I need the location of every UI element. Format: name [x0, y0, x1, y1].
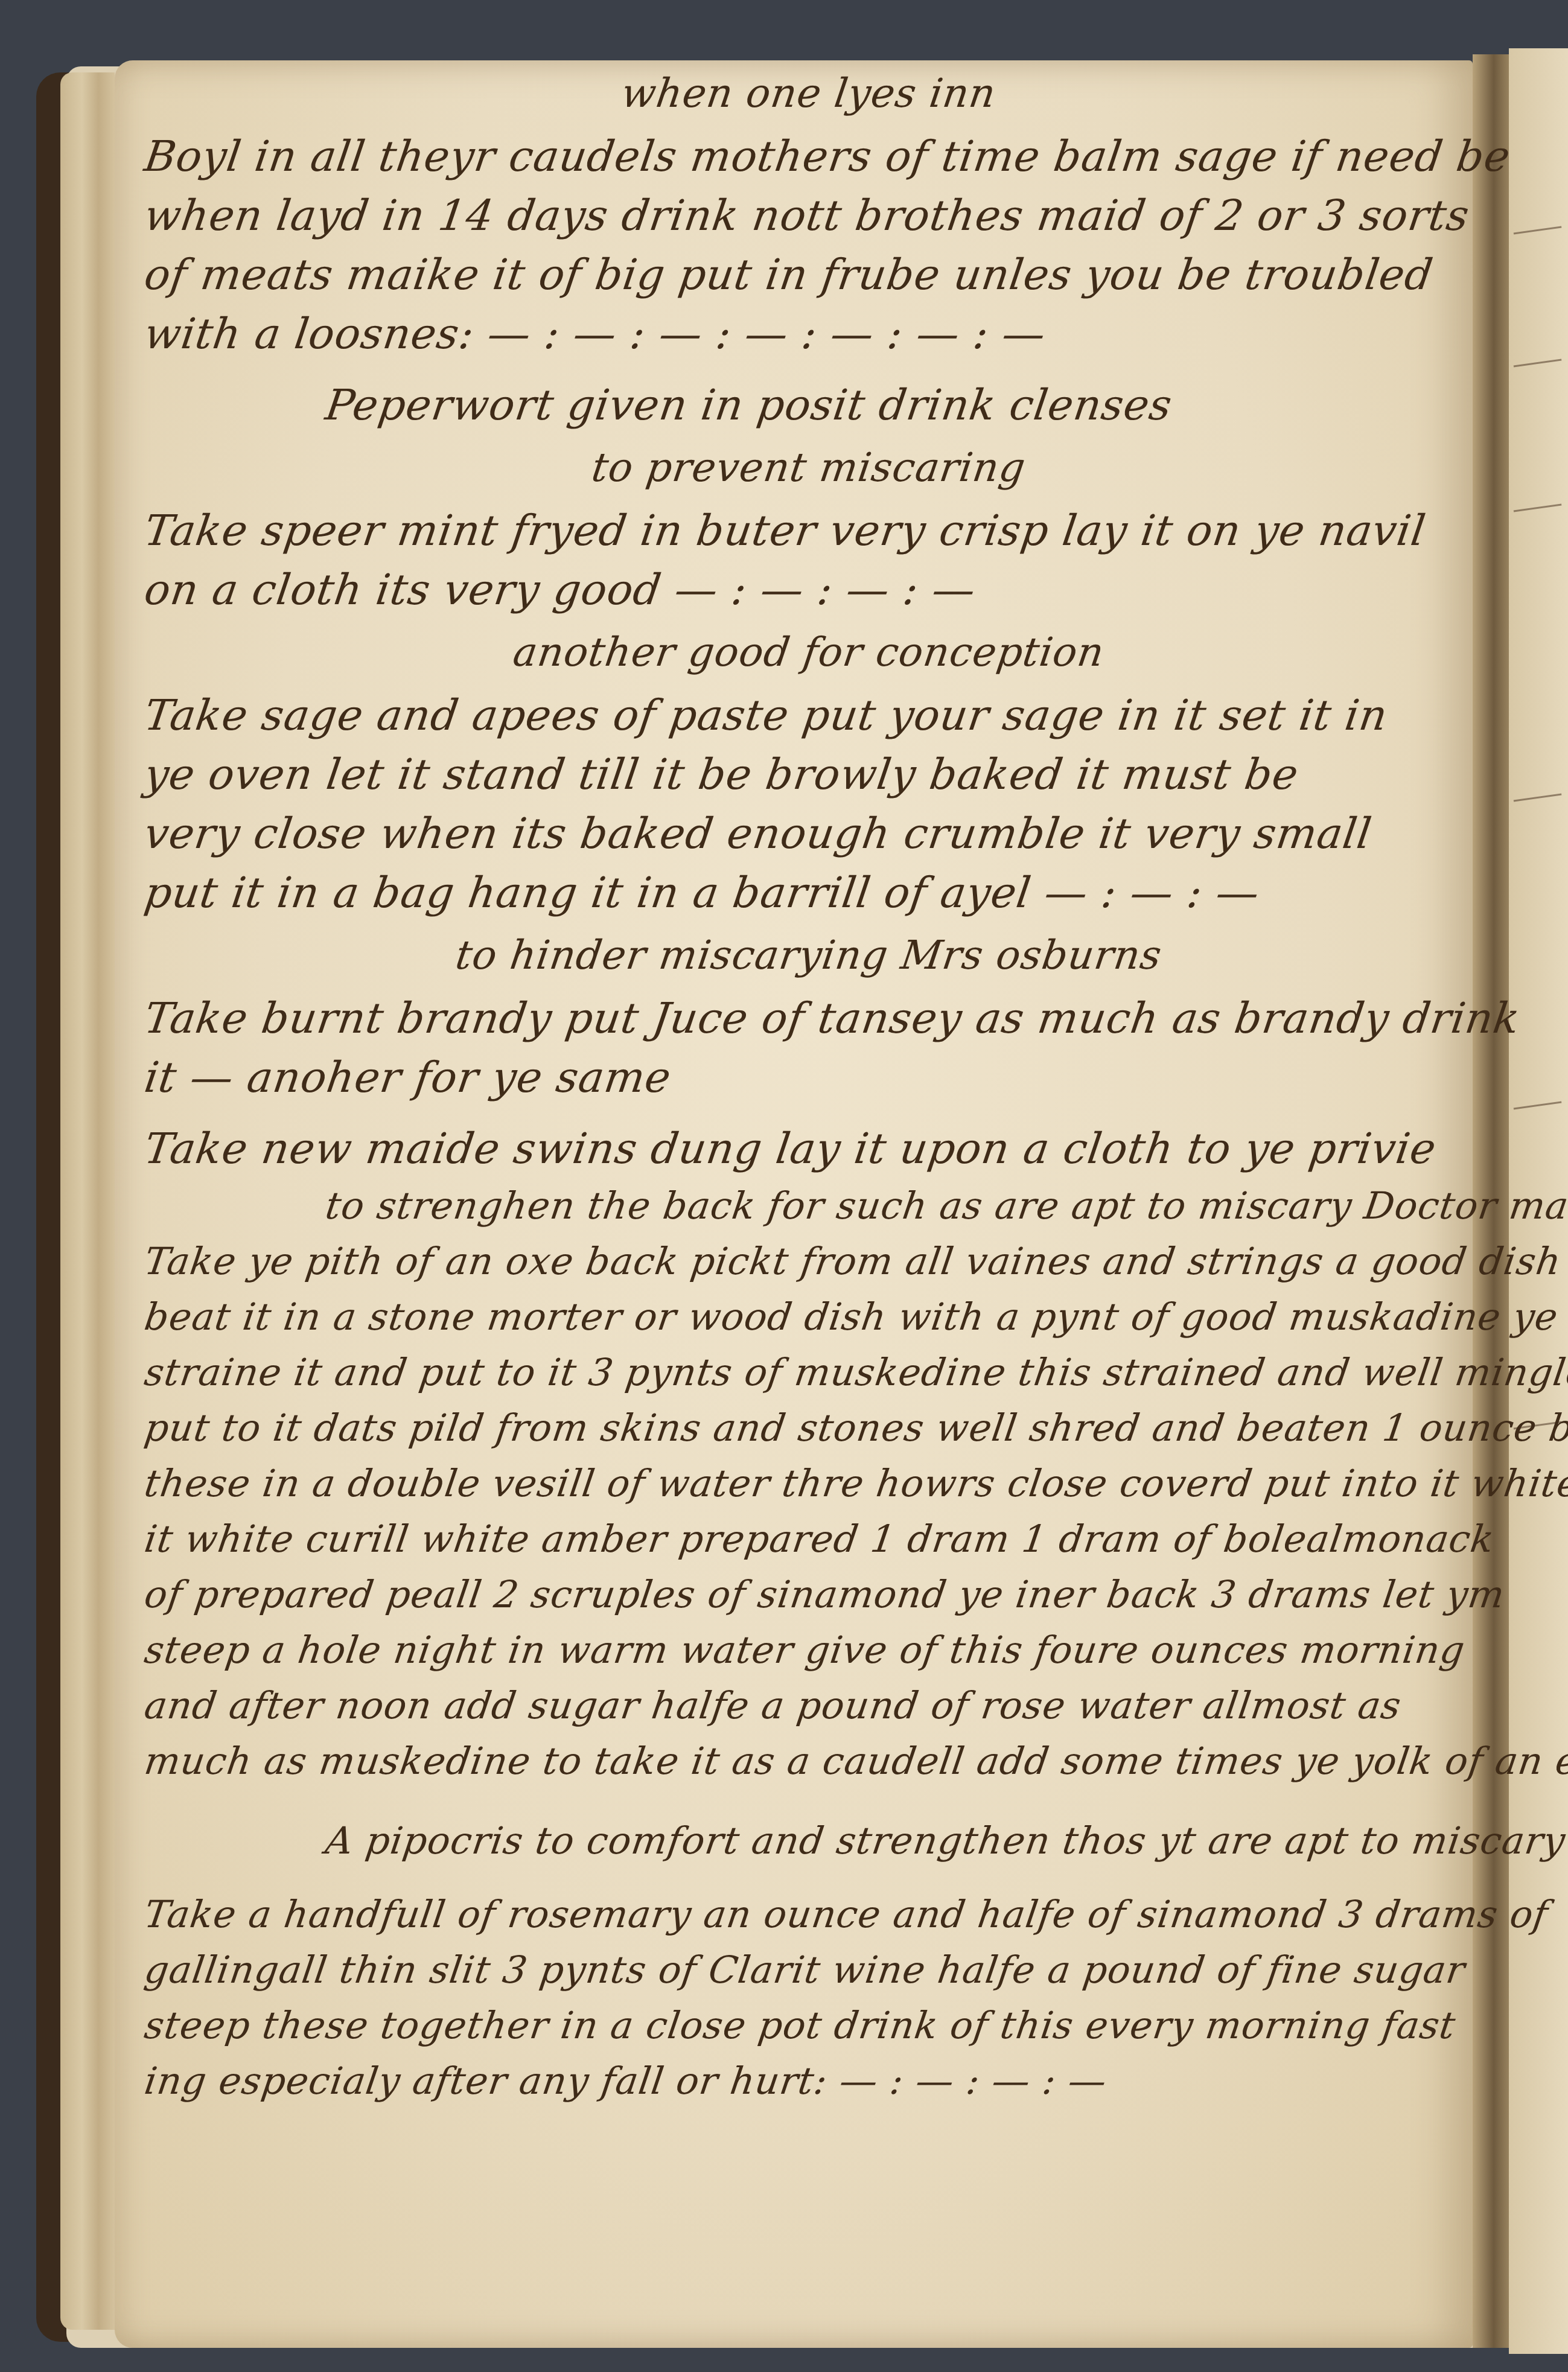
- text-line: when layd in 14 days drink nott brothes …: [141, 186, 1477, 245]
- text-line: beat it in a stone morter or wood dish w…: [141, 1289, 1477, 1345]
- text-line: with a loosnes: — : — : — : — : — : — : …: [141, 304, 1477, 363]
- text-line: put to it dats pild from skins and stone…: [141, 1400, 1477, 1456]
- text-line: Take new maide swins dung lay it upon a …: [141, 1119, 1477, 1178]
- text-line: put it in a bag hang it in a barrill of …: [141, 863, 1477, 922]
- text-line: these in a double vesill of water thre h…: [141, 1456, 1477, 1511]
- text-line: Take burnt brandy put Juce of tansey as …: [141, 989, 1477, 1048]
- text-line: of meats maike it of big put in frube un…: [141, 245, 1477, 304]
- text-line: steep a hole night in warm water give of…: [141, 1622, 1477, 1678]
- text-line: Take a handfull of rosemary an ounce and…: [141, 1887, 1477, 1942]
- section-heading: A pipocris to comfort and strengthen tho…: [141, 1813, 1477, 1869]
- text-line: and after noon add sugar halfe a pound o…: [141, 1678, 1477, 1733]
- text-line: straine it and put to it 3 pynts of musk…: [141, 1345, 1477, 1400]
- text-line: steep these together in a close pot drin…: [141, 1998, 1477, 2053]
- facing-ink-mark: [1514, 503, 1562, 515]
- text-line: on a cloth its very good — : — : — : —: [141, 560, 1477, 619]
- text-line: ye oven let it stand till it be browly b…: [141, 745, 1477, 804]
- facing-ink-mark: [1514, 793, 1562, 805]
- section-heading: to hinder miscarying Mrs osburns: [140, 922, 1477, 989]
- text-line: Peperwort given in posit drink clenses: [141, 375, 1477, 435]
- text-line: gallingall thin slit 3 pynts of Clarit w…: [141, 1942, 1477, 1998]
- facing-ink-mark: [1514, 1101, 1562, 1113]
- section-heading: to prevent miscaring: [140, 435, 1477, 501]
- facing-ink-mark: [1514, 359, 1562, 371]
- text-line: Take ye pith of an oxe back pickt from a…: [141, 1234, 1477, 1289]
- text-line: very close when its baked enough crumble…: [141, 804, 1477, 863]
- text-line: much as muskedine to take it as a caudel…: [141, 1733, 1477, 1789]
- text-line: it — anoher for ye same: [141, 1048, 1477, 1107]
- text-line: ing especialy after any fall or hurt: — …: [141, 2053, 1477, 2109]
- text-line: Boyl in all theyr caudels mothers of tim…: [141, 127, 1477, 186]
- manuscript-text: when one lyes inn Boyl in all theyr caud…: [145, 60, 1473, 2109]
- text-line: of prepared peall 2 scruples of sinamond…: [141, 1567, 1477, 1622]
- section-heading: to strenghen the back for such as are ap…: [141, 1178, 1477, 1234]
- section-heading: when one lyes inn: [140, 60, 1477, 127]
- fore-edge-pages: [60, 72, 115, 2330]
- facing-ink-mark: [1514, 226, 1562, 238]
- text-line: Take speer mint fryed in buter very cris…: [141, 501, 1477, 560]
- text-line: it white curill white amber prepared 1 d…: [141, 1511, 1477, 1567]
- section-heading: another good for conception: [140, 619, 1477, 686]
- text-line: Take sage and apees of paste put your sa…: [141, 686, 1477, 745]
